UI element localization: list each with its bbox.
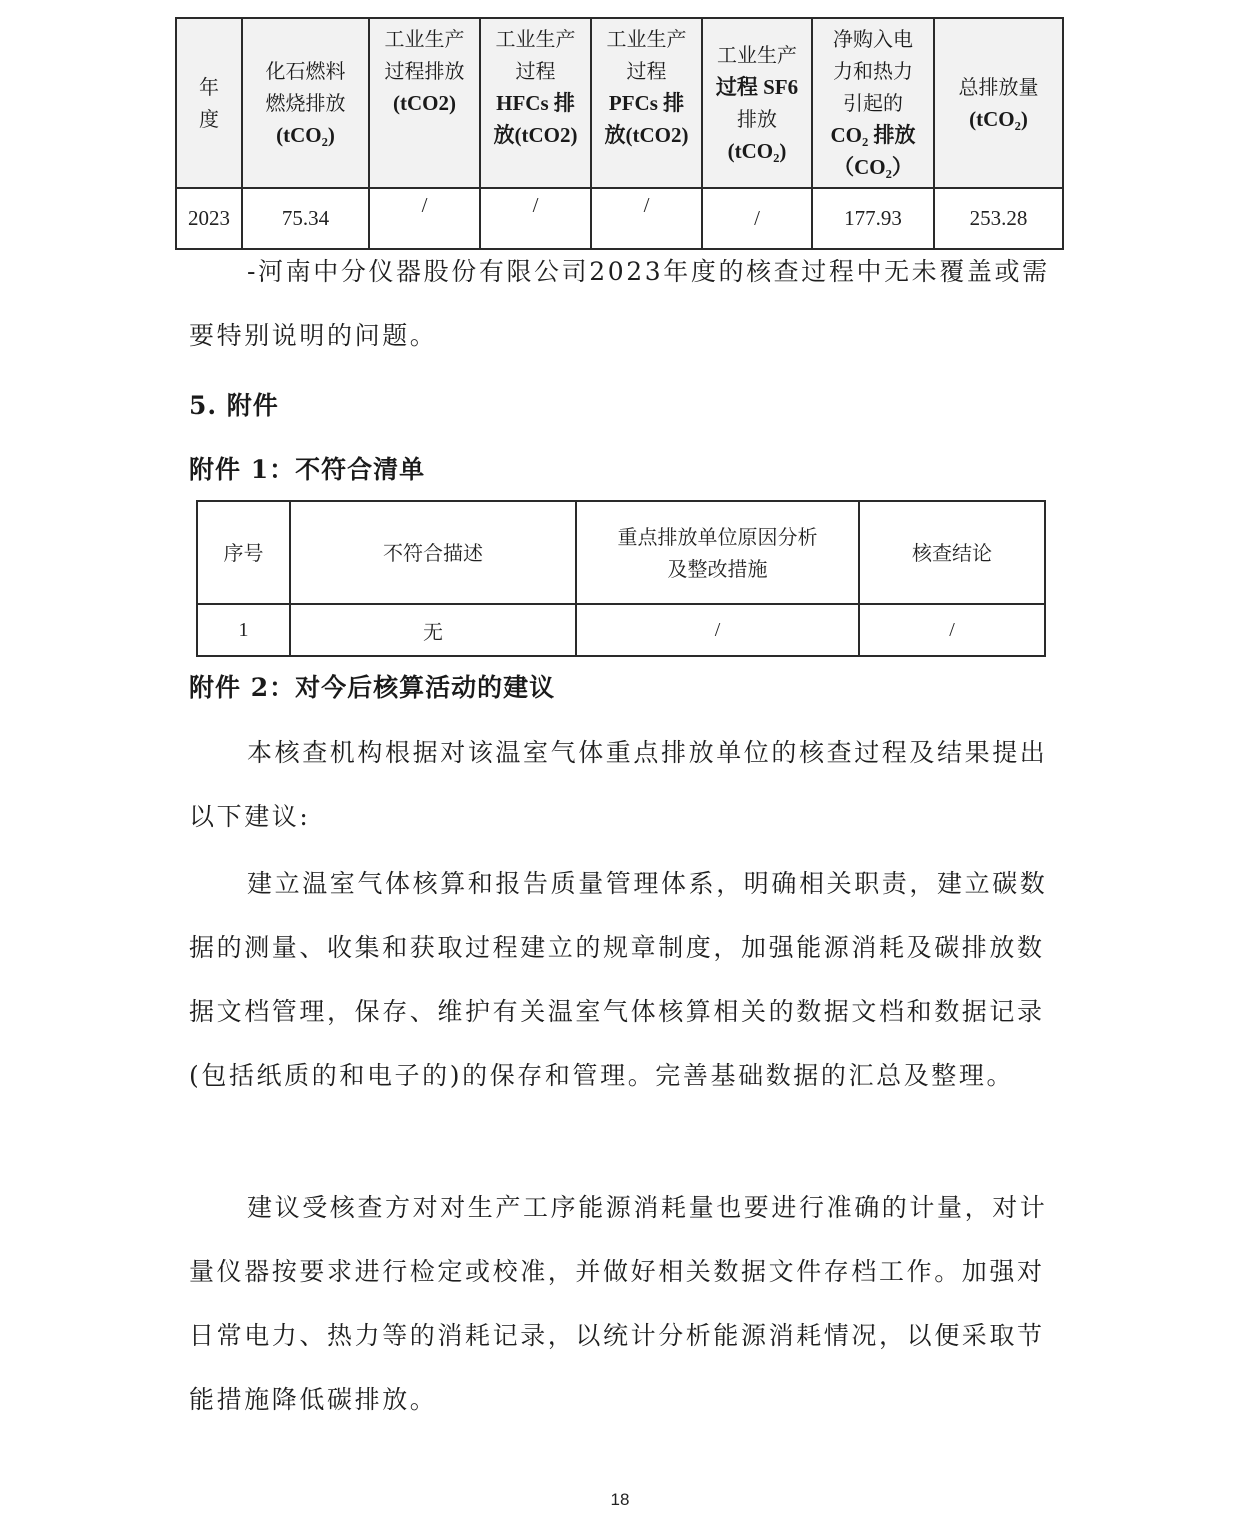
- header-unit: (tCO₂): [243, 119, 368, 151]
- nonconformity-table: 序号 不符合描述 重点排放单位原因分析 及整改措施 核查结论 1 无 / /: [196, 500, 1046, 657]
- table-header-row: 序号 不符合描述 重点排放单位原因分析 及整改措施 核查结论: [197, 501, 1045, 604]
- header-line: 净购入电: [813, 23, 933, 55]
- header-unit: (tCO₂): [935, 103, 1062, 135]
- header-line: 排放: [703, 103, 811, 135]
- header-line: 工业生产: [592, 23, 701, 55]
- header-line: 工业生产: [370, 23, 479, 55]
- cell-seq: 1: [197, 604, 290, 656]
- header-line: 及整改措施: [577, 553, 858, 585]
- header-line: 化石燃料: [243, 55, 368, 87]
- table-row: 1 无 / /: [197, 604, 1045, 656]
- header-line: 工业生产: [481, 23, 590, 55]
- header-unit: （CO₂）: [813, 151, 933, 183]
- header-unit: 放(tCO2): [481, 119, 590, 151]
- header-line: HFCs 排: [481, 87, 590, 119]
- emissions-summary-table: 年 度 化石燃料 燃烧排放 (tCO₂) 工业生产 过程排放 (tCO2) 工业…: [175, 17, 1064, 250]
- document-page: 年 度 化石燃料 燃烧排放 (tCO₂) 工业生产 过程排放 (tCO2) 工业…: [0, 0, 1240, 1528]
- header-unit: (tCO₂): [703, 135, 811, 167]
- header-line: 总排放量: [935, 71, 1062, 103]
- attachment2-title: 附件 2：对今后核算活动的建议: [189, 668, 555, 704]
- header-line: 力和热力: [813, 55, 933, 87]
- header-line: 度: [177, 103, 241, 135]
- header-line: PFCs 排: [592, 87, 701, 119]
- recommendation-paragraph-2: 建议受核查方对对生产工序能源消耗量也要进行准确的计量，对计量仪器按要求进行检定或…: [189, 1176, 1059, 1432]
- header-line: 引起的: [813, 87, 933, 119]
- table-header-row: 年 度 化石燃料 燃烧排放 (tCO₂) 工业生产 过程排放 (tCO2) 工业…: [176, 18, 1063, 188]
- header-line: 工业生产: [703, 39, 811, 71]
- header-unit: (tCO2): [370, 87, 479, 119]
- header-cause-analysis: 重点排放单位原因分析 及整改措施: [576, 501, 859, 604]
- header-line: 重点排放单位原因分析: [577, 521, 858, 553]
- cell-conclusion: /: [859, 604, 1045, 656]
- header-sf6: 工业生产 过程 SF6 排放 (tCO₂): [702, 18, 812, 188]
- header-year: 年 度: [176, 18, 242, 188]
- header-line: 过程: [592, 55, 701, 87]
- header-line: 过程 SF6: [703, 71, 811, 103]
- header-line: CO₂ 排放: [813, 119, 933, 151]
- header-fossil-fuel: 化石燃料 燃烧排放 (tCO₂): [242, 18, 369, 188]
- header-total-emissions: 总排放量 (tCO₂): [934, 18, 1063, 188]
- header-pfcs: 工业生产 过程 PFCs 排 放(tCO2): [591, 18, 702, 188]
- header-description: 不符合描述: [290, 501, 576, 604]
- header-conclusion: 核查结论: [859, 501, 1045, 604]
- cell-description: 无: [290, 604, 576, 656]
- header-unit: 放(tCO2): [592, 119, 701, 151]
- note-paragraph: -河南中分仪器股份有限公司2023年度的核查过程中无未覆盖或需要特别说明的问题。: [189, 240, 1059, 368]
- header-seq: 序号: [197, 501, 290, 604]
- header-purchased-power-heat: 净购入电 力和热力 引起的 CO₂ 排放 （CO₂）: [812, 18, 934, 188]
- header-line: 过程排放: [370, 55, 479, 87]
- recommendation-paragraph-1: 建立温室气体核算和报告质量管理体系，明确相关职责，建立碳数据的测量、收集和获取过…: [189, 852, 1059, 1108]
- header-line: 年: [177, 71, 241, 103]
- page-number: 18: [0, 1490, 1240, 1510]
- cell-cause-analysis: /: [576, 604, 859, 656]
- attachment1-title: 附件 1：不符合清单: [189, 450, 425, 486]
- recommendation-intro: 本核查机构根据对该温室气体重点排放单位的核查过程及结果提出以下建议:: [189, 721, 1059, 849]
- header-industrial-process: 工业生产 过程排放 (tCO2): [369, 18, 480, 188]
- header-hfcs: 工业生产 过程 HFCs 排 放(tCO2): [480, 18, 591, 188]
- section-heading: 5. 附件: [189, 386, 279, 422]
- header-line: 过程: [481, 55, 590, 87]
- header-line: 燃烧排放: [243, 87, 368, 119]
